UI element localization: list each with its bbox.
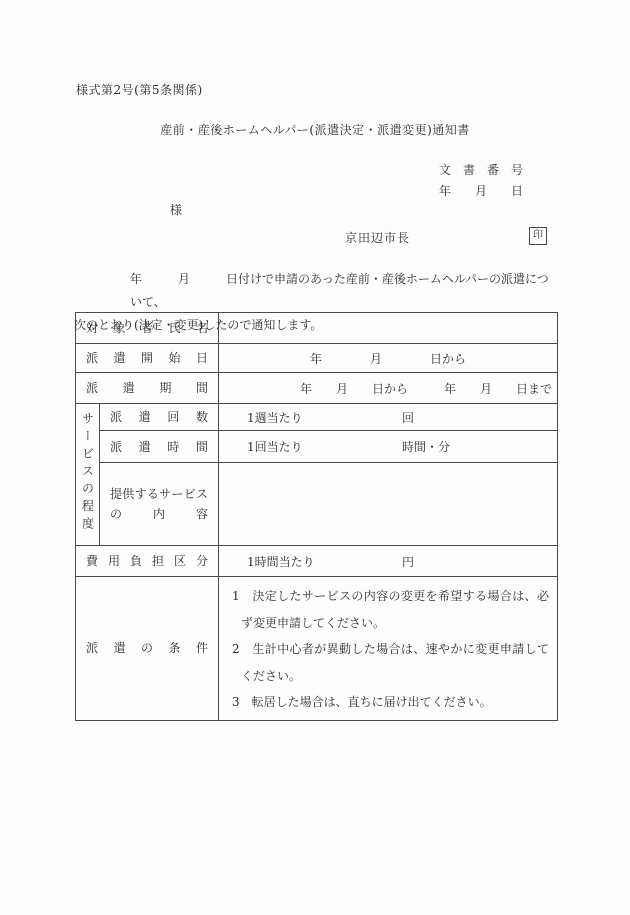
condition-item-3: 3 転居した場合は、直ちに届け出てください。 xyxy=(232,689,549,716)
table-row: 対象者氏名 xyxy=(76,313,558,344)
doc-number-label: 文 書 番 号 xyxy=(439,160,523,181)
row-label-start-date: 派遣開始日 xyxy=(76,344,219,373)
cost-category-unit: 円 xyxy=(402,555,414,569)
dispatch-hours-value: 1回当たり時間・分 xyxy=(219,431,558,463)
dispatch-count-prefix: 1週当たり xyxy=(247,409,402,426)
row-label-dispatch-count: 派遣回数 xyxy=(100,404,219,431)
table-row: 派遣時間 1回当たり時間・分 xyxy=(76,431,558,463)
dispatch-hours-prefix: 1回当たり xyxy=(247,438,402,455)
table-row: 提供するサービス の内容 xyxy=(76,463,558,546)
service-level-group-label: サービスの程度 xyxy=(77,410,99,536)
start-date-value: 年 月 日から xyxy=(219,344,558,373)
period-value: 年 月 日から 年 月 日まで xyxy=(219,373,558,404)
subject-name-value xyxy=(219,313,558,344)
row-label-period: 派遣期間 xyxy=(76,373,219,404)
conditions-value: 1 決定したサービスの内容の変更を希望する場合は、必ず変更申請してください。 2… xyxy=(219,577,558,721)
row-label-conditions: 派遣の条件 xyxy=(76,577,219,721)
notification-table: 対象者氏名 派遣開始日 年 月 日から 派遣期間 年 月 日から 年 月 日まで… xyxy=(75,312,558,721)
document-page: 様式第2号(第5条関係) 産前・産後ホームヘルパー(派遣決定・派遣変更)通知書 … xyxy=(0,0,630,915)
document-title: 産前・産後ホームヘルパー(派遣決定・派遣変更)通知書 xyxy=(0,121,630,138)
row-label-service-content: 提供するサービス の内容 xyxy=(100,463,219,546)
service-content-value xyxy=(219,463,558,546)
table-row: 派遣開始日 年 月 日から xyxy=(76,344,558,373)
issuer-name: 京田辺市長 xyxy=(345,229,410,246)
cost-category-prefix: 1時間当たり xyxy=(247,553,402,570)
table-row: 派遣の条件 1 決定したサービスの内容の変更を希望する場合は、必ず変更申請してく… xyxy=(76,577,558,721)
document-meta: 文 書 番 号 年 月 日 xyxy=(439,160,523,202)
service-level-group-cell: サービスの程度 xyxy=(76,404,100,546)
row-label-dispatch-hours: 派遣時間 xyxy=(100,431,219,463)
dispatch-hours-unit: 時間・分 xyxy=(402,440,450,454)
table-row: 派遣期間 年 月 日から 年 月 日まで xyxy=(76,373,558,404)
row-label-subject-name: 対象者氏名 xyxy=(76,313,219,344)
condition-item-2: 2 生計中心者が異動した場合は、速やかに変更申請してください。 xyxy=(232,636,549,689)
cost-category-value: 1時間当たり円 xyxy=(219,546,558,577)
seal-character: 印 xyxy=(533,230,543,241)
row-label-cost-category: 費用負担区分 xyxy=(76,546,219,577)
issue-date-line: 年 月 日 xyxy=(439,181,523,202)
dispatch-count-unit: 回 xyxy=(402,411,414,425)
body-line-1: 年 月 日付けで申請のあった産前・産後ホームヘルパーの派遣について、 xyxy=(74,268,558,314)
seal-box: 印 xyxy=(529,227,547,245)
dispatch-count-value: 1週当たり回 xyxy=(219,404,558,431)
addressee-suffix: 様 xyxy=(170,201,182,218)
form-number-note: 様式第2号(第5条関係) xyxy=(76,81,203,98)
table-row: サービスの程度 派遣回数 1週当たり回 xyxy=(76,404,558,431)
condition-item-1: 1 決定したサービスの内容の変更を希望する場合は、必ず変更申請してください。 xyxy=(232,583,549,636)
table-row: 費用負担区分 1時間当たり円 xyxy=(76,546,558,577)
